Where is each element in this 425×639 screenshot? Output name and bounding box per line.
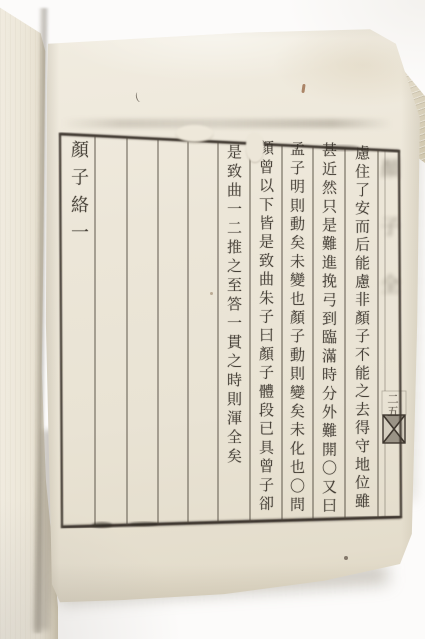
- paper-speck: [344, 556, 348, 560]
- book-page: 顏子絡一 是致曲一二推之至答一貫之時則渾全矣 顏曾以下皆是致曲朱子曰顏子體段已具…: [44, 24, 424, 604]
- text-column-5: 是致曲一二推之至答一貫之時則渾全矣: [218, 144, 250, 467]
- paper-damage-flake: [246, 132, 264, 162]
- text-column-1: 慮住了安而后能慮非顏子不能之去得守地位雖: [345, 145, 378, 511]
- book-photograph: 顏子絡一 是致曲一二推之至答一貫之時則渾全矣 顏曾以下皆是致曲朱子曰顏子體段已具…: [0, 0, 425, 639]
- text-column-4: 顏曾以下皆是致曲朱子曰顏子體段已具曾子卻: [250, 140, 282, 514]
- text-column-3: 孟子明則動矣未變也顏子動則變矣未化也〇問: [281, 141, 312, 515]
- paper-speck: [210, 292, 213, 295]
- paper-damage-notch: [176, 125, 213, 142]
- fishtail-ornament: [383, 415, 405, 443]
- text-column-2: 甚近然只是難進挽弓到臨滿時分外難開〇又曰: [313, 142, 345, 516]
- page-number: 二五: [383, 393, 403, 418]
- header-column: 顏子絡一: [61, 140, 95, 250]
- spine-title: 顏子全: [377, 158, 401, 332]
